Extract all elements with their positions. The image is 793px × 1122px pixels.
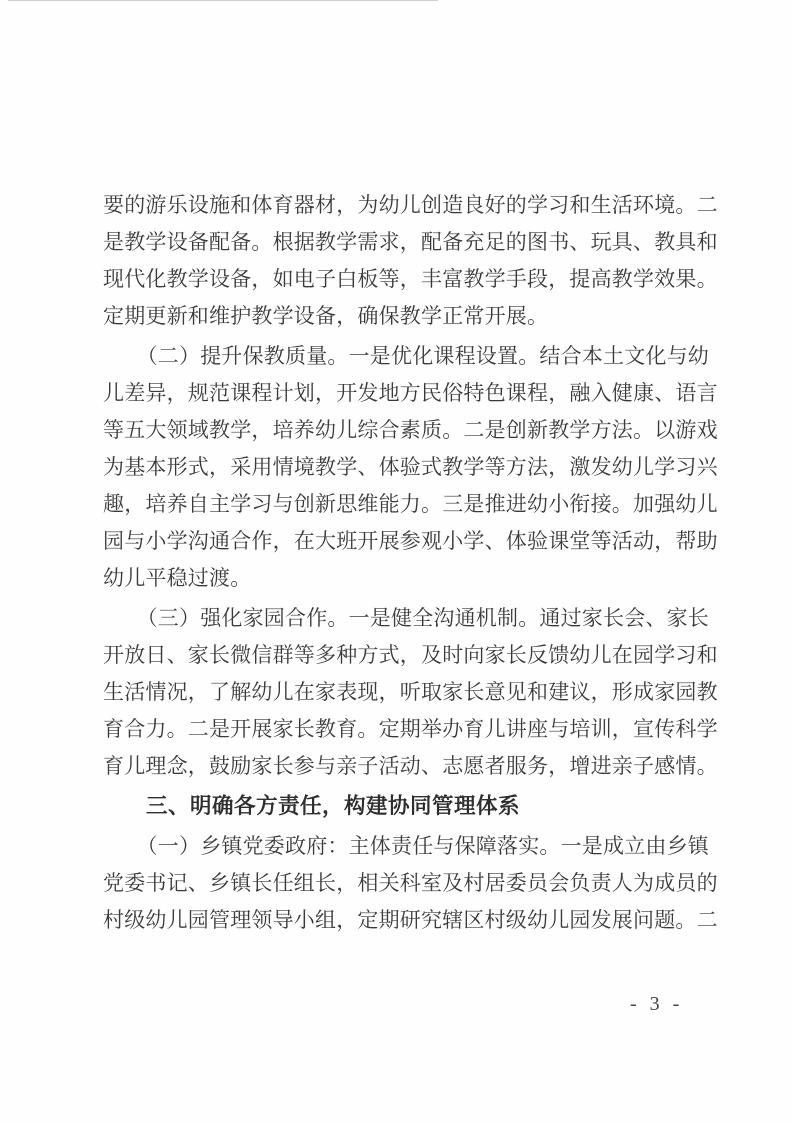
document-page: 要的游乐设施和体育器材，为幼儿创造良好的学习和生活环境。二 是教学设备配备。根据…: [0, 0, 793, 1122]
section-heading: 三、明确各方责任，构建协同管理体系: [103, 788, 719, 825]
paragraph: （二）提升保教质量。一是优化课程设置。结合本土文化与幼 儿差异，规范课程计划，开…: [103, 338, 719, 597]
text-line: 等五大领域教学，培养幼儿综合素质。二是创新教学方法。以游戏: [103, 412, 719, 449]
text-line: （二）提升保教质量。一是优化课程设置。结合本土文化与幼: [103, 338, 719, 375]
scan-artifact-line: [8, 0, 438, 1]
text-line: 定期更新和维护教学设备，确保教学正常开展。: [103, 298, 719, 335]
text-line: 党委书记、乡镇长任组长，相关科室及村居委员会负责人为成员的: [103, 865, 719, 902]
text-line: 趣，培养自主学习与创新思维能力。三是推进幼小衔接。加强幼儿: [103, 486, 719, 523]
paragraph: （一）乡镇党委政府：主体责任与保障落实。一是成立由乡镇 党委书记、乡镇长任组长，…: [103, 828, 719, 939]
page-number: - 3 -: [630, 993, 683, 1016]
text-line: （一）乡镇党委政府：主体责任与保障落实。一是成立由乡镇: [103, 828, 719, 865]
text-line: 村级幼儿园管理领导小组，定期研究辖区村级幼儿园发展问题。二: [103, 902, 719, 939]
text-line: 育儿理念，鼓励家长参与亲子活动、志愿者服务，增进亲子感情。: [103, 748, 719, 785]
section-heading-text: 三、明确各方责任，构建协同管理体系: [103, 788, 719, 825]
text-line: 是教学设备配备。根据教学需求，配备充足的图书、玩具、教具和: [103, 224, 719, 261]
text-line: 园与小学沟通合作，在大班开展参观小学、体验课堂等活动，帮助: [103, 523, 719, 560]
text-line: 现代化教学设备，如电子白板等，丰富教学手段，提高教学效果。: [103, 261, 719, 298]
text-line: （三）强化家园合作。一是健全沟通机制。通过家长会、家长: [103, 600, 719, 637]
paragraph: （三）强化家园合作。一是健全沟通机制。通过家长会、家长 开放日、家长微信群等多种…: [103, 600, 719, 785]
text-line: 要的游乐设施和体育器材，为幼儿创造良好的学习和生活环境。二: [103, 187, 719, 224]
text-line: 开放日、家长微信群等多种方式，及时向家长反馈幼儿在园学习和: [103, 637, 719, 674]
text-line: 生活情况，了解幼儿在家表现，听取家长意见和建议，形成家园教: [103, 674, 719, 711]
text-line: 儿差异，规范课程计划，开发地方民俗特色课程，融入健康、语言: [103, 375, 719, 412]
document-body: 要的游乐设施和体育器材，为幼儿创造良好的学习和生活环境。二 是教学设备配备。根据…: [103, 187, 719, 942]
text-line: 幼儿平稳过渡。: [103, 560, 719, 597]
text-line: 为基本形式，采用情境教学、体验式教学等方法，激发幼儿学习兴: [103, 449, 719, 486]
text-line: 育合力。二是开展家长教育。定期举办育儿讲座与培训，宣传科学: [103, 711, 719, 748]
paragraph: 要的游乐设施和体育器材，为幼儿创造良好的学习和生活环境。二 是教学设备配备。根据…: [103, 187, 719, 335]
